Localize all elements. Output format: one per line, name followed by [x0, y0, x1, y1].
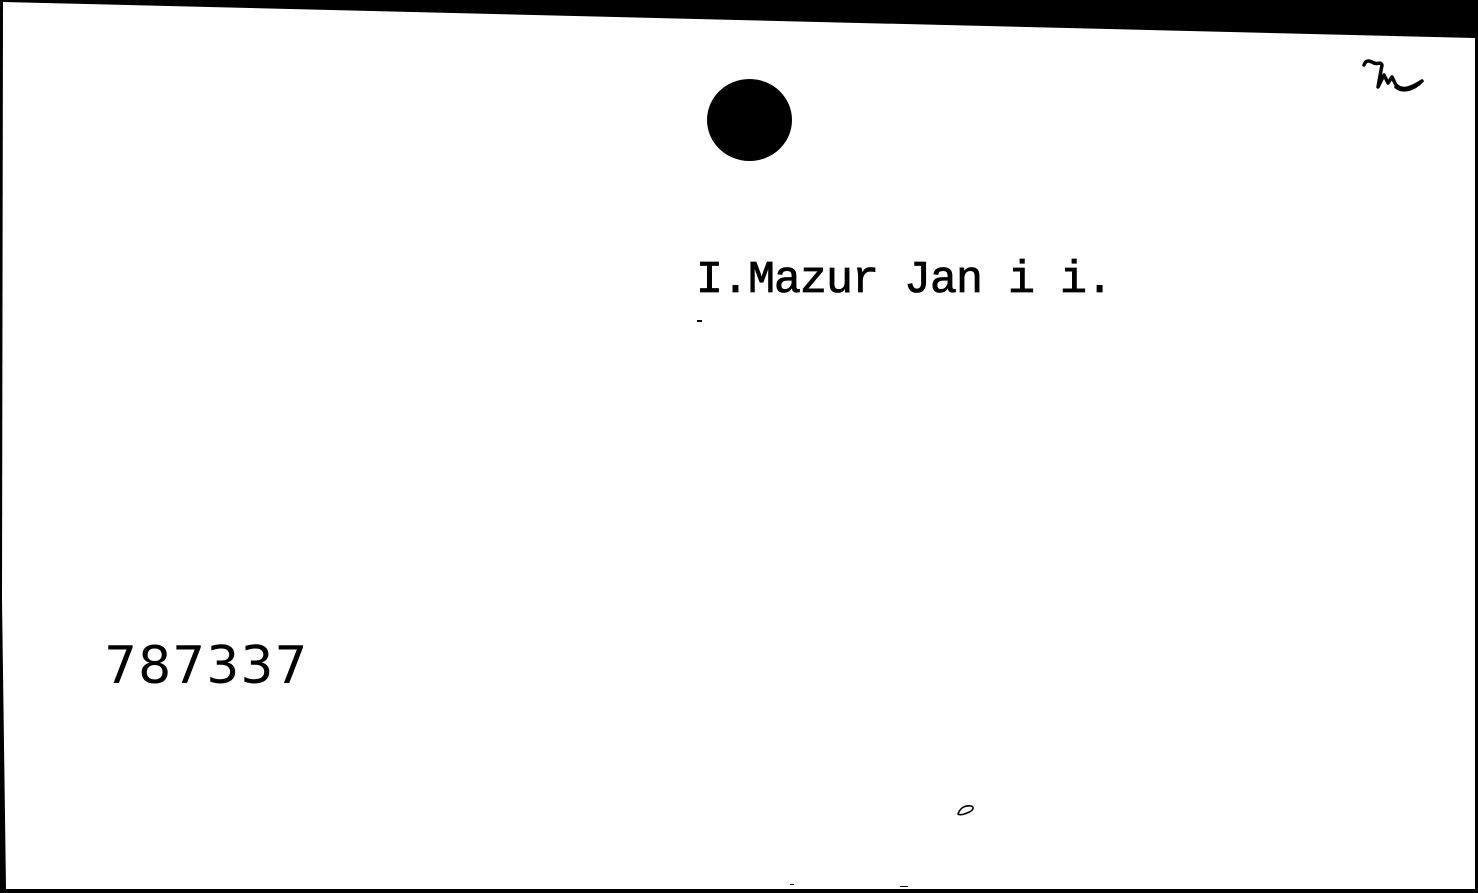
- index-card: I.Mazur Jan i i. 787337: [0, 0, 1478, 893]
- name-line: I.Mazur Jan i i.: [696, 258, 1112, 303]
- card-number: 787337: [104, 640, 309, 692]
- small-handwritten-mark-icon: [955, 802, 977, 818]
- speck: [790, 884, 794, 885]
- handwritten-initials-icon: [1360, 55, 1430, 100]
- speck: [900, 886, 908, 887]
- punch-hole: [707, 79, 792, 161]
- scan-background: I.Mazur Jan i i. 787337: [0, 0, 1478, 893]
- tick-mark: [697, 320, 702, 322]
